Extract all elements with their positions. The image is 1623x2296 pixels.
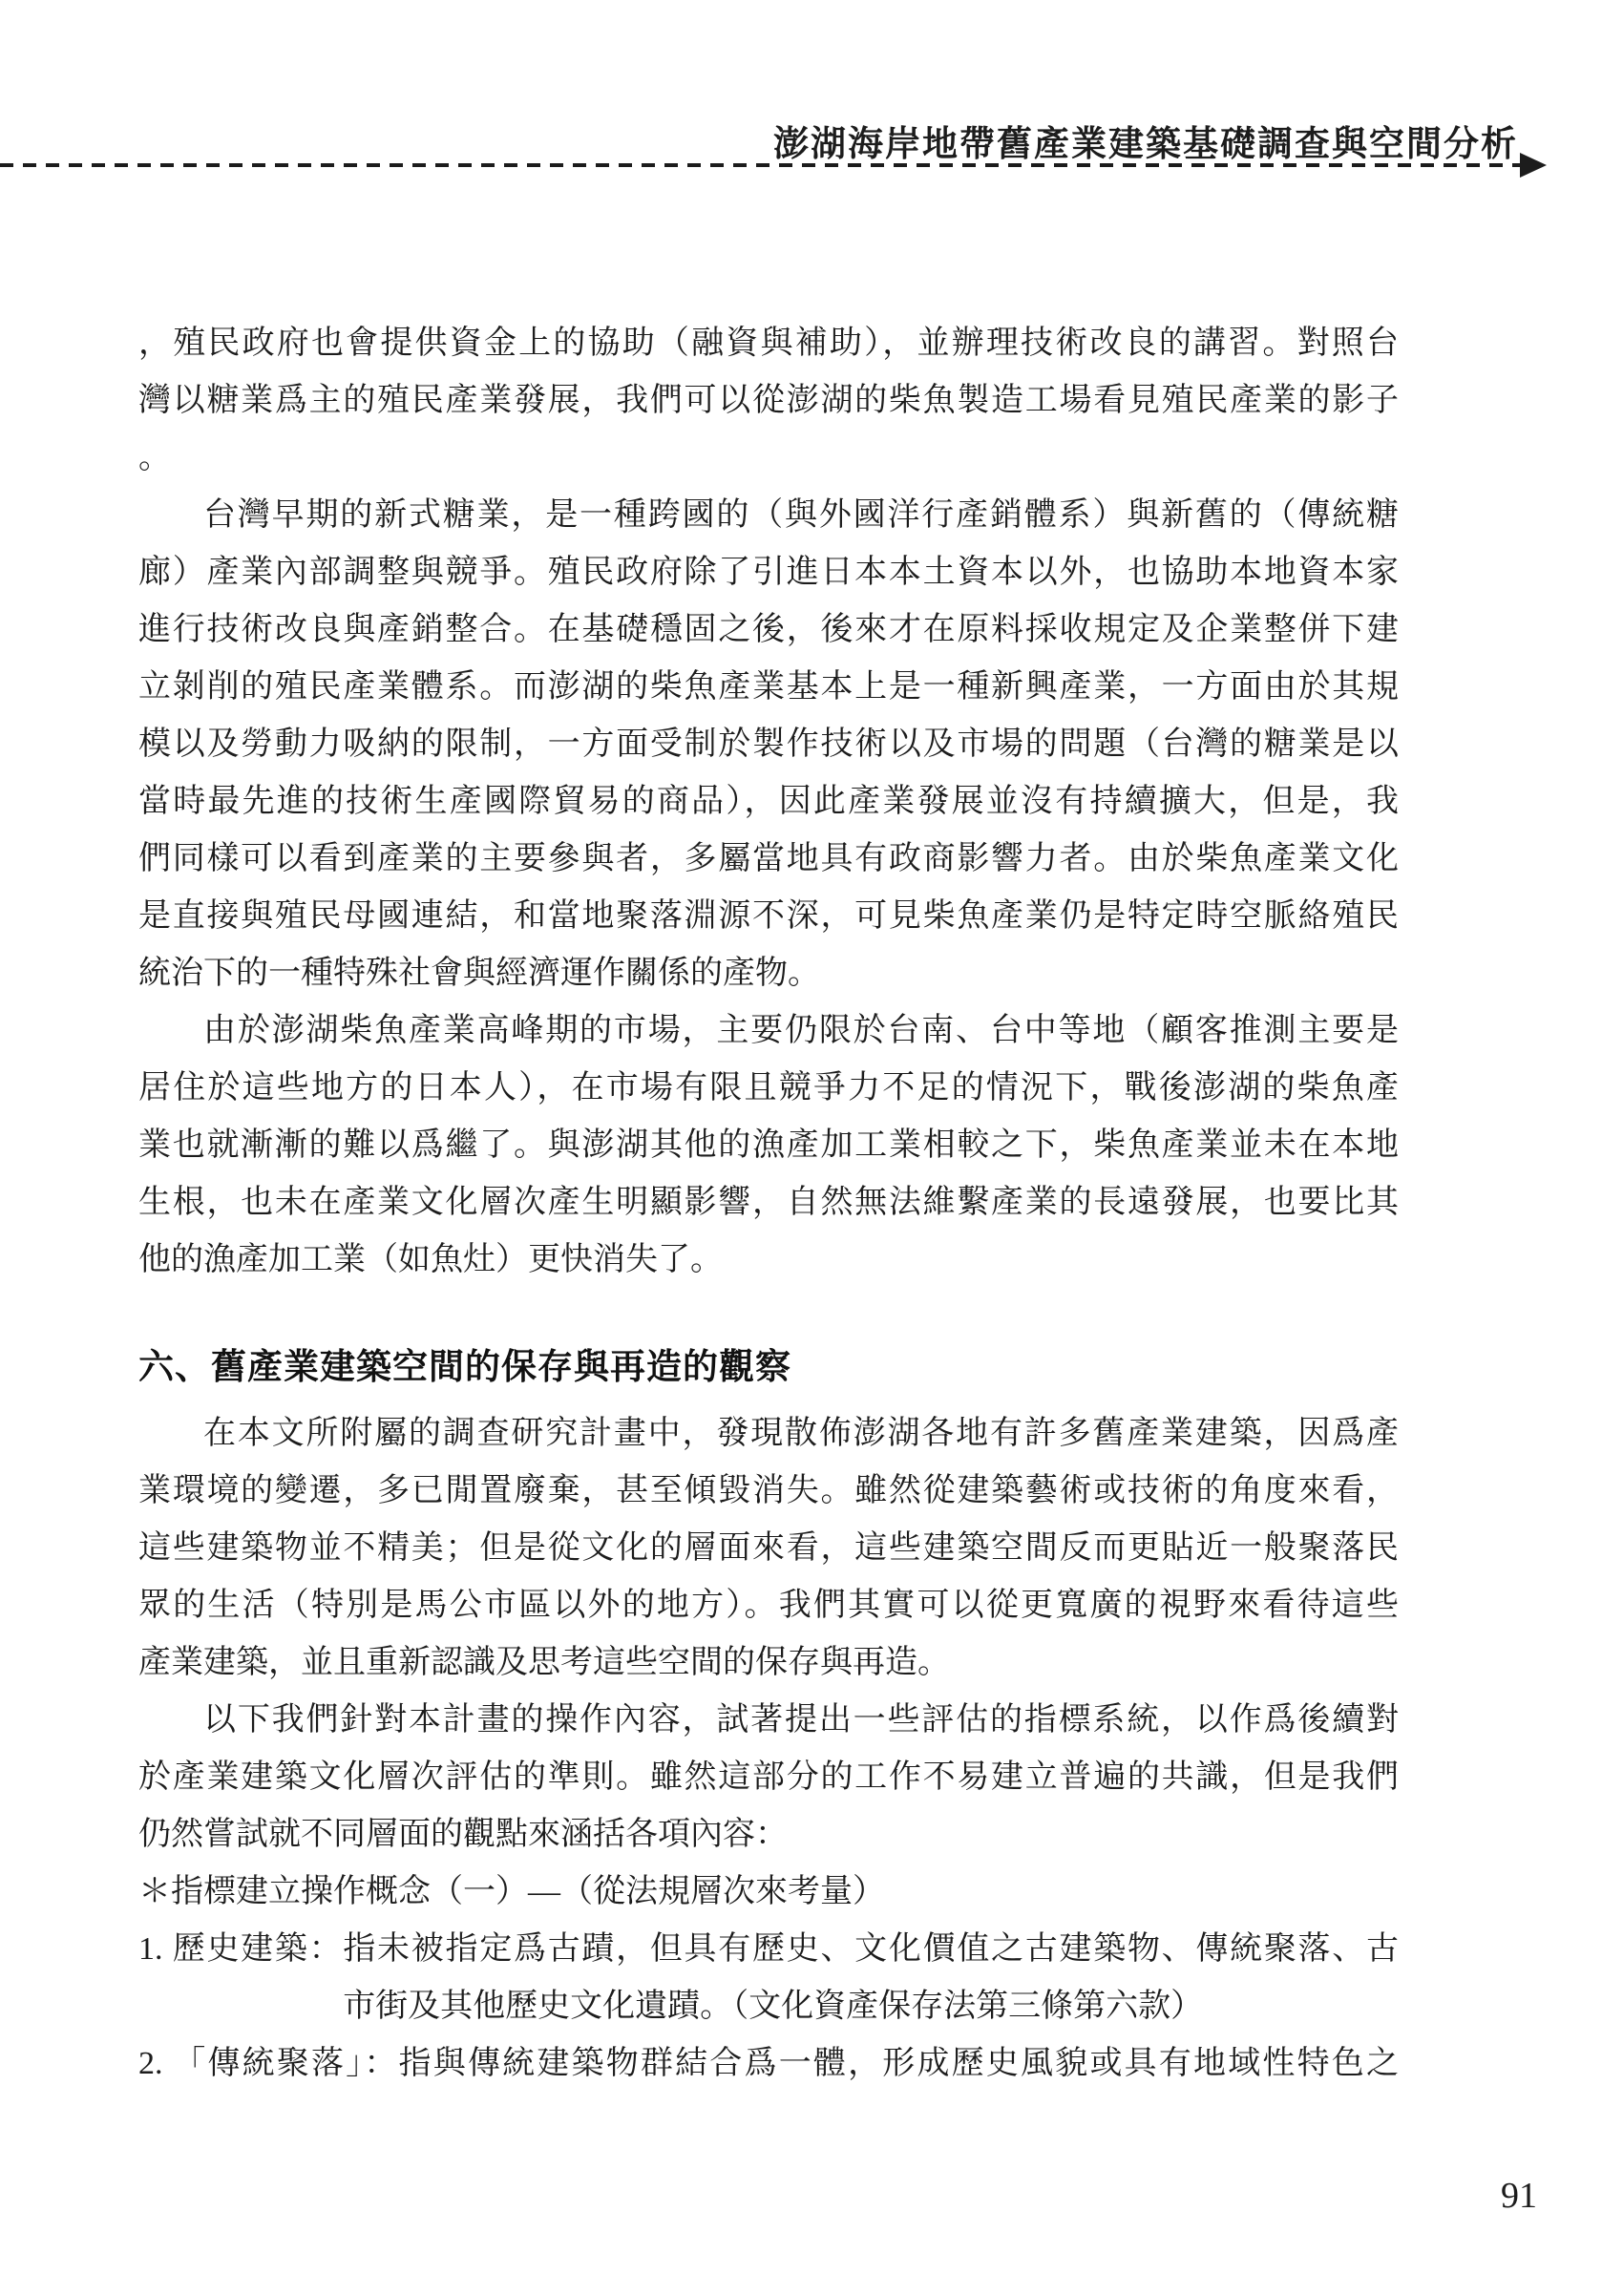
text-line: 在本文所附屬的調查研究計畫中，發現散佈澎湖各地有許多舊產業建築，因爲產 <box>138 1405 1399 1463</box>
text-line: 業也就漸漸的難以爲繼了。與澎湖其他的漁產加工業相較之下，柴魚產業並未在本地 <box>138 1117 1399 1174</box>
text-line: 1. 歷史建築：指未被指定爲古蹟，但具有歷史、文化價值之古建築物、傳統聚落、古 <box>138 1921 1399 1978</box>
text-line: 眾的生活（特別是馬公市區以外的地方）。我們其實可以從更寬廣的視野來看待這些 <box>138 1577 1399 1634</box>
text-line: 居住於這些地方的日本人），在市場有限且競爭力不足的情況下，戰後澎湖的柴魚產 <box>138 1060 1399 1117</box>
text-line: 是直接與殖民母國連結，和當地聚落淵源不深，可見柴魚產業仍是特定時空脈絡殖民 <box>138 888 1399 945</box>
text-line: 產業建築，並且重新認識及思考這些空間的保存與再造。 <box>138 1634 1399 1692</box>
text-line: 灣以糖業爲主的殖民產業發展，我們可以從澎湖的柴魚製造工場看見殖民產業的影子 <box>138 372 1399 430</box>
text-line: ，殖民政府也會提供資金上的協助（融資與補助），並辦理技術改良的講習。對照台 <box>138 315 1399 372</box>
text-line: 模以及勞動力吸納的限制，一方面受制於製作技術以及市場的問題（台灣的糖業是以 <box>138 716 1399 773</box>
text-line: 立剝削的殖民產業體系。而澎湖的柴魚產業基本上是一種新興產業，一方面由於其規 <box>138 659 1399 716</box>
text-line: 這些建築物並不精美；但是從文化的層面來看，這些建築空間反而更貼近一般聚落民 <box>138 1520 1399 1577</box>
arrow-right-icon <box>1520 153 1547 178</box>
text-line: 以下我們針對本計畫的操作內容，試著提出一些評估的指標系統，以作爲後續對 <box>138 1692 1399 1749</box>
text-line: 業環境的變遷，多已閒置廢棄，甚至傾毀消失。雖然從建築藝術或技術的角度來看， <box>138 1463 1399 1520</box>
text-line: 廊）產業內部調整與競爭。殖民政府除了引進日本本土資本以外，也協助本地資本家 <box>138 544 1399 601</box>
text-line: 2. 「傳統聚落」：指與傳統建築物群結合爲一體，形成歷史風貌或具有地域性特色之 <box>138 2035 1399 2093</box>
text-line: 台灣早期的新式糖業，是一種跨國的（與外國洋行產銷體系）與新舊的（傳統糖 <box>138 487 1399 544</box>
text-line: 由於澎湖柴魚產業高峰期的市場，主要仍限於台南、台中等地（顧客推測主要是 <box>138 1002 1399 1060</box>
text-line: 進行技術改良與產銷整合。在基礎穩固之後，後來才在原料採收規定及企業整併下建 <box>138 601 1399 659</box>
page-number: 91 <box>1501 2175 1537 2217</box>
section-heading: 六、舊產業建築空間的保存與再造的觀察 <box>138 1338 1399 1396</box>
header-dashed-rule <box>0 163 1522 167</box>
text-line: 們同樣可以看到產業的主要參與者，多屬當地具有政商影響力者。由於柴魚產業文化 <box>138 831 1399 888</box>
text-line: ＊指標建立操作概念（一）—（從法規層次來考量） <box>138 1864 1399 1921</box>
text-line: 市街及其他歷史文化遺蹟。（文化資產保存法第三條第六款） <box>138 1978 1399 2035</box>
running-header-title: 澎湖海岸地帶舊產業建築基礎調查與空間分析 <box>773 115 1518 166</box>
text-line: 。 <box>138 430 1399 487</box>
text-line: 生根，也未在產業文化層次產生明顯影響，自然無法維繫產業的長遠發展，也要比其 <box>138 1174 1399 1232</box>
text-line: 統治下的一種特殊社會與經濟運作關係的產物。 <box>138 945 1399 1002</box>
text-line: 仍然嘗試就不同層面的觀點來涵括各項內容： <box>138 1806 1399 1864</box>
text-line: 當時最先進的技術生產國際貿易的商品），因此產業發展並沒有持續擴大，但是，我 <box>138 773 1399 831</box>
text-line: 於產業建築文化層次評估的準則。雖然這部分的工作不易建立普遍的共識，但是我們 <box>138 1749 1399 1806</box>
page-body: ，殖民政府也會提供資金上的協助（融資與補助），並辦理技術改良的講習。對照台灣以糖… <box>138 315 1399 2093</box>
text-line: 他的漁產加工業（如魚灶）更快消失了。 <box>138 1232 1399 1289</box>
document-page: 澎湖海岸地帶舊產業建築基礎調查與空間分析 ，殖民政府也會提供資金上的協助（融資與… <box>0 0 1623 2296</box>
